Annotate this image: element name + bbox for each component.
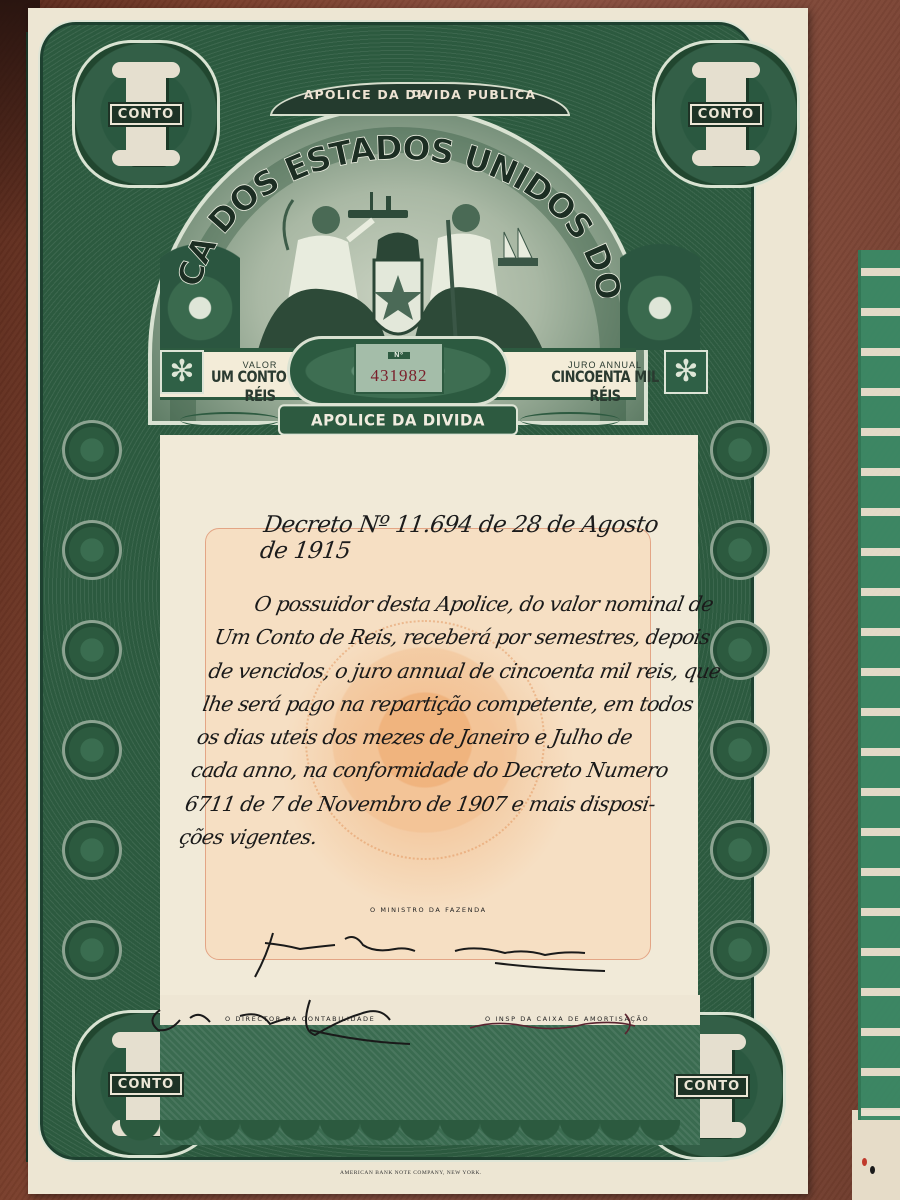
flourish-right: [520, 412, 620, 428]
serial-plate: Nº 431982: [354, 342, 444, 394]
corner-medallion-top-right: CONTO: [652, 40, 800, 188]
inspector-signature: [465, 1010, 645, 1040]
border-scallop: [62, 920, 122, 980]
female-figure-left-icon: [258, 200, 388, 350]
border-scallop: [62, 520, 122, 580]
serial-prefix: Nº: [388, 352, 410, 359]
decree-title: Decreto Nº 11.694 de 28 de Agosto de 191…: [258, 512, 685, 564]
printer-credit: AMERICAN BANK NOTE COMPANY, NEW YORK.: [340, 1170, 482, 1176]
border-scallop: [62, 620, 122, 680]
underlying-certificate-right-border: [858, 250, 900, 1120]
scene-illustration: [198, 180, 598, 350]
minister-signature: [245, 925, 625, 985]
top-banner-sub: DA: [405, 89, 435, 100]
decree-body: O possuidor desta Apolice, do valor nomi…: [177, 588, 694, 854]
border-scallop: [710, 420, 770, 480]
decree-line: ções vigentes.: [177, 821, 653, 854]
denomination-label: CONTO: [690, 104, 762, 125]
border-scallop: [710, 920, 770, 980]
minister-caption: O MINISTRO DA FAZENDA: [370, 906, 487, 914]
denomination-label: CONTO: [110, 104, 182, 125]
decree-line: de vencidos, o juro annual de cincoenta …: [206, 655, 682, 688]
border-scallop: [62, 720, 122, 780]
border-scallop: [710, 520, 770, 580]
border-scallop: [62, 420, 122, 480]
border-scallop: [62, 820, 122, 880]
subtitle-banner: APOLICE DA DIVIDA PUBLICA: [278, 404, 518, 436]
allegorical-scene: [198, 180, 598, 350]
bottom-scallop-border: [120, 1120, 680, 1160]
annual-interest-amount: CINCOENTA MIL RÉIS: [550, 368, 660, 406]
coat-of-arms-shield-icon: [374, 233, 422, 335]
underlying-certificate-right-paper: [852, 1110, 900, 1200]
female-figure-right-icon: [413, 204, 543, 350]
flourish-left: [180, 412, 280, 428]
ink-mark-red: [862, 1158, 867, 1166]
decree-line: 6711 de 7 de Novembro de 1907 e mais dis…: [182, 788, 658, 821]
border-scallop: [710, 820, 770, 880]
annual-interest: JURO ANNUAL CINCOENTA MIL RÉIS: [550, 360, 660, 402]
rosette-ornament-right: [664, 350, 708, 394]
decree-line: cada anno, na conformidade do Decreto Nu…: [188, 754, 664, 787]
decree-line: Um Conto de Reis, receberá por semestres…: [212, 621, 688, 654]
border-scallop: [710, 720, 770, 780]
serial-number: 431982: [356, 366, 442, 386]
decree-line: os dias uteis dos mezes de Janeiro e Jul…: [194, 721, 670, 754]
denomination-label: CONTO: [110, 1074, 182, 1095]
rosette-ornament-left: [160, 350, 204, 394]
ink-mark-black: [870, 1166, 875, 1174]
sailing-ship-icon: [498, 228, 538, 266]
steamship-icon: [348, 192, 408, 218]
decree-line: lhe será pago na repartição competente, …: [200, 688, 676, 721]
decree-line: O possuidor desta Apolice, do valor nomi…: [218, 588, 694, 621]
director-signature: [140, 990, 420, 1050]
denomination-label: CONTO: [676, 1076, 748, 1097]
